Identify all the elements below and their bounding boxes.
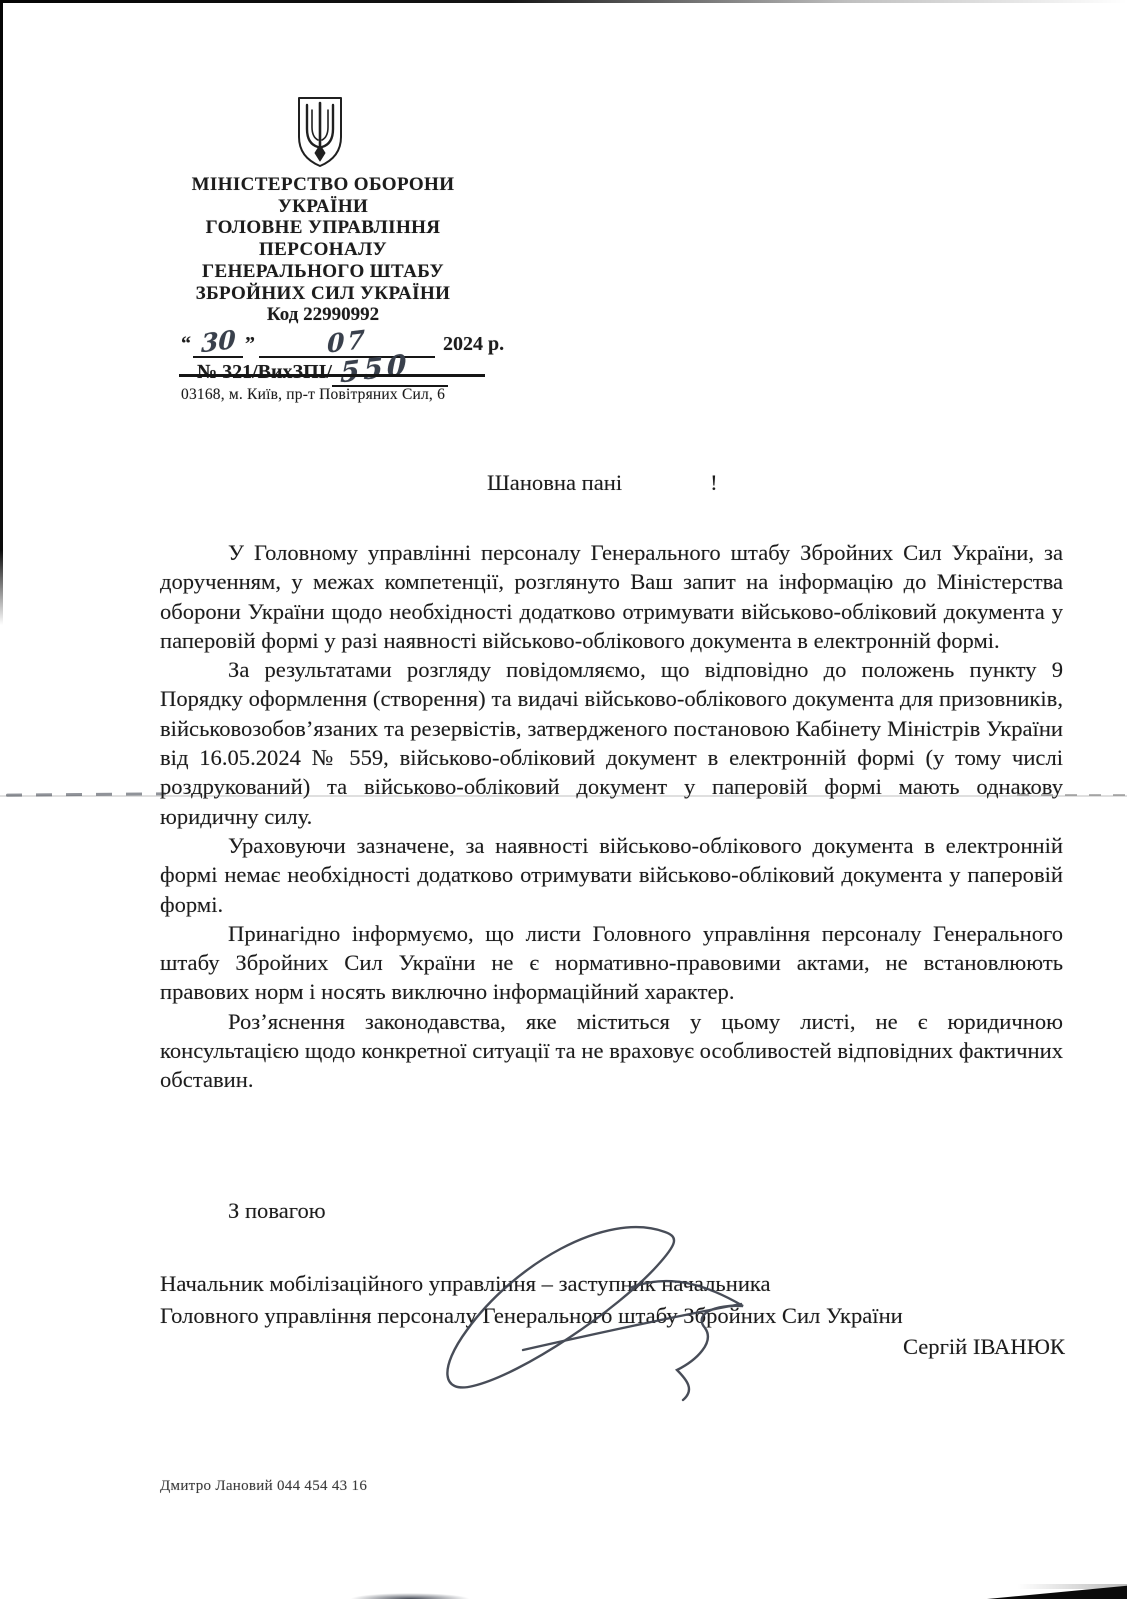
date-open-quote: “ [181,333,191,355]
org-name-line: УКРАЇНИ [140,196,506,218]
regards-line: З повагою [228,1198,326,1224]
org-name-line: ЗБРОЙНИХ СИЛ УКРАЇНИ [140,283,506,305]
reference-number-slot: 550 [332,352,448,387]
org-name-line: ПЕРСОНАЛУ [140,239,506,261]
scan-artifact-left-edge [0,0,3,625]
handwritten-reference-number: 550 [340,348,411,390]
letterhead-divider [179,374,485,377]
reference-prefix: № 321/ВихЗПІ/ [197,361,332,383]
letterhead-org-name: МІНІСТЕРСТВО ОБОРОНИУКРАЇНИГОЛОВНЕ УПРАВ… [140,174,506,304]
date-year: 2024 р. [443,333,504,355]
reference-number-line: № 321/ВихЗПІ/550 [197,352,448,387]
handwritten-signature [425,1218,755,1403]
scan-artifact-top-edge [0,0,1127,3]
body-paragraph: Принагідно інформуємо, що листи Головног… [160,919,1063,1007]
body-paragraph: У Головному управлінні персоналу Генерал… [160,538,1063,655]
salutation-text: Шановна пані [487,470,622,495]
body-paragraph: Ураховуючи зазначене, за наявності війсь… [160,831,1063,919]
scanned-letter-page: МІНІСТЕРСТВО ОБОРОНИУКРАЇНИГОЛОВНЕ УПРАВ… [0,0,1127,1599]
ukraine-trident-icon [297,96,343,168]
org-address: 03168, м. Київ, пр-т Повітряних Сил, 6 [181,386,445,404]
salutation-exclamation: ! [710,470,718,495]
org-code-line: Код 22990992 [140,304,506,326]
executor-contact: Дмитро Лановий 044 454 43 16 [160,1478,367,1495]
org-name-line: МІНІСТЕРСТВО ОБОРОНИ [140,174,506,196]
org-name-line: ГОЛОВНЕ УПРАВЛІННЯ [140,217,506,239]
body-paragraph: За результатами розгляду повідомляємо, щ… [160,655,1063,831]
scan-artifact-bottom-smudge [350,1593,470,1599]
body-paragraph: Роз’яснення законодавства, яке міститься… [160,1007,1063,1095]
org-name-line: ГЕНЕРАЛЬНОГО ШТАБУ [140,261,506,283]
salutation-line: Шановна пані! [487,470,718,496]
letter-body: У Головному управлінні персоналу Генерал… [160,538,1063,1095]
